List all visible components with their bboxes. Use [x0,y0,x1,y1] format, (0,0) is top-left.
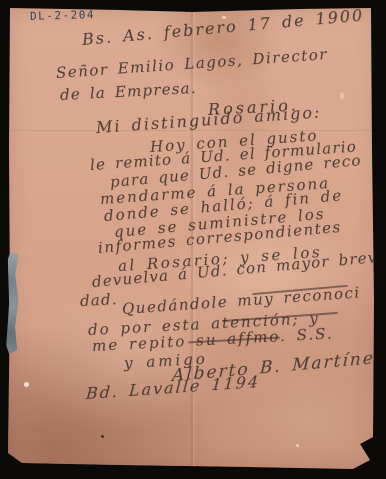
scan-background: DL-2-204 Bs. As. febrero 17 de 1900 Seño… [0,0,386,479]
letter-paper: DL-2-204 Bs. As. febrero 17 de 1900 Seño… [0,0,386,479]
paper-speck [222,16,226,19]
handwriting-line-date: Bs. As. febrero 17 de 1900 [81,5,365,49]
handwriting-line: de la Empresa. [60,79,198,104]
paper-speck [101,435,104,438]
handwriting-line: dad. [80,290,119,310]
paper-speck [24,382,29,387]
paper-speck [296,444,299,447]
archival-number-label: DL-2-204 [30,8,95,23]
paper-speck [340,92,344,100]
